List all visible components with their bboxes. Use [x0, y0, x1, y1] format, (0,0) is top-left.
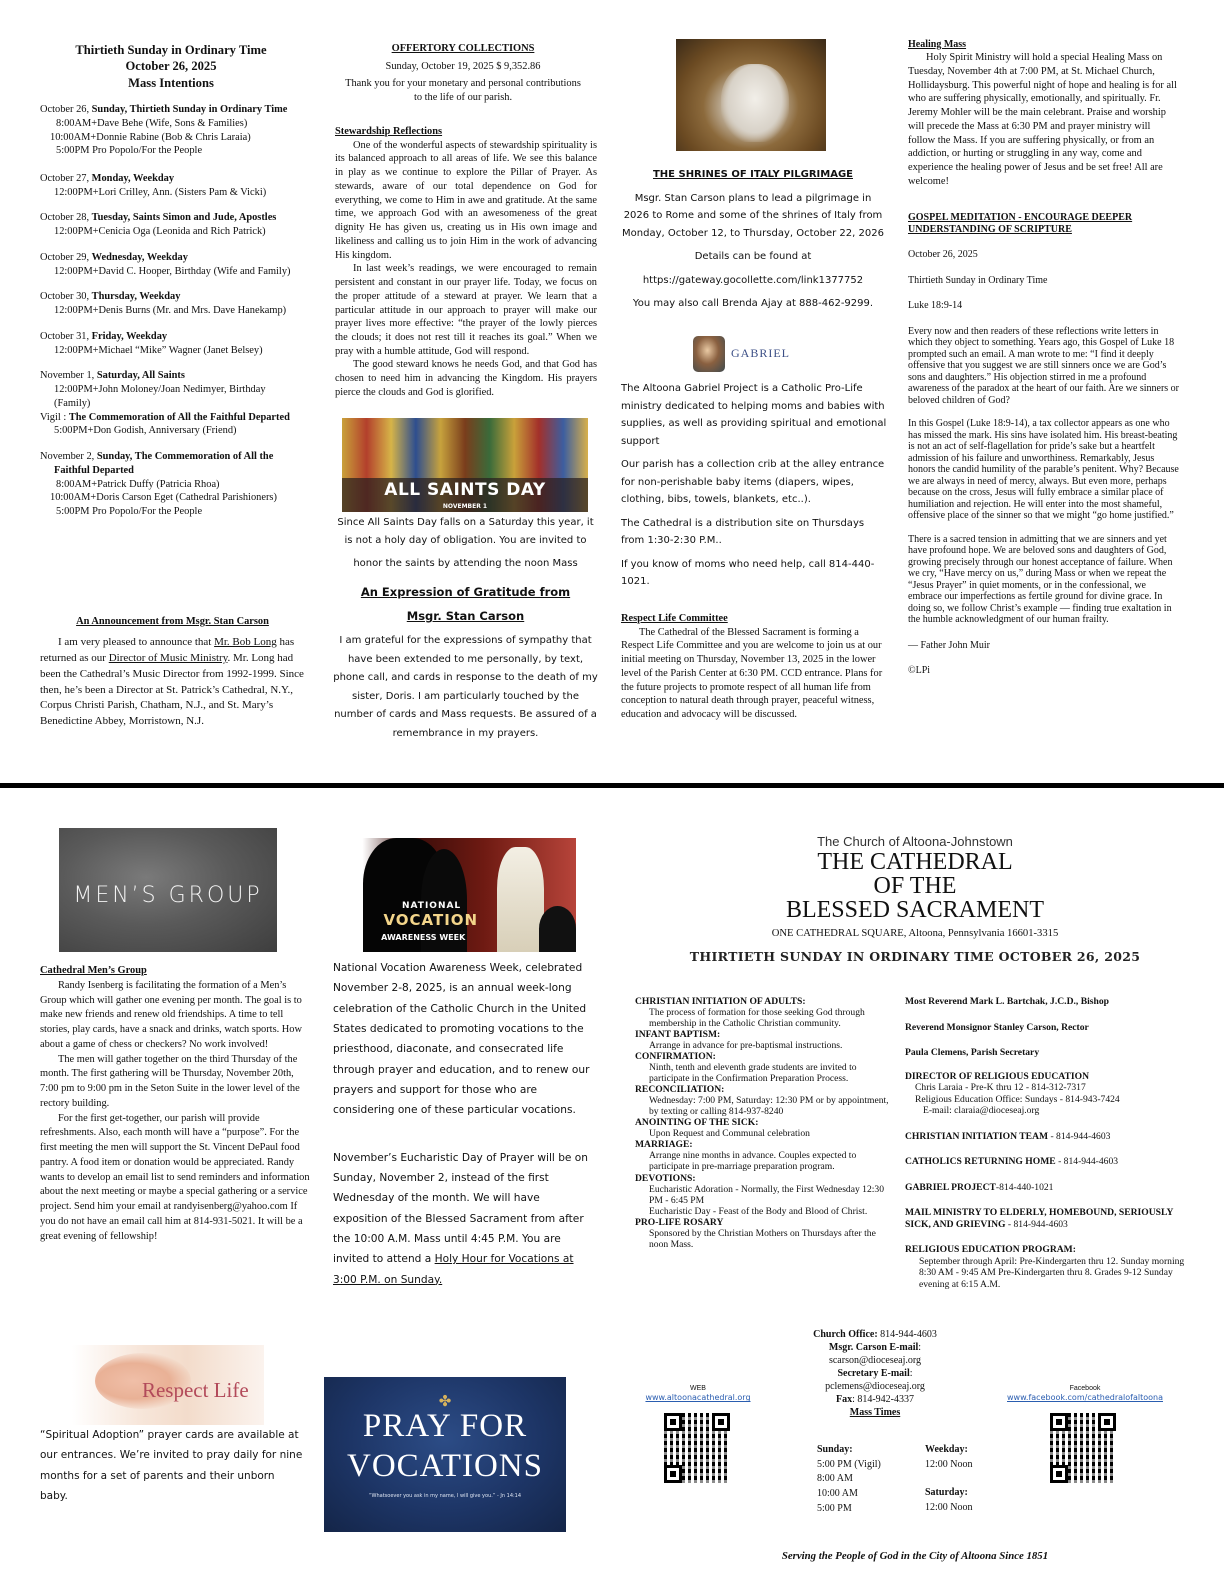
sacrament-item: INFANT BAPTISM:Arrange in advance for pr…	[635, 1029, 897, 1051]
intention-day: October 28, Tuesday, Saints Simon and Ju…	[40, 211, 302, 238]
rector: Reverend Monsignor Stanley Carson, Recto…	[905, 1022, 1195, 1034]
offertory: OFFERTORY COLLECTIONS Sunday, October 19…	[333, 42, 593, 105]
madonna-image	[693, 336, 725, 372]
web-qr-code[interactable]	[664, 1413, 730, 1483]
footer-tagline: Serving the People of God in the City of…	[620, 1549, 1210, 1563]
mens-group-title: Cathedral Men’s Group	[40, 964, 310, 979]
gratitude-title-name: Msgr. Stan Carson	[333, 604, 598, 628]
cathedral-title-3: BLESSED SACRAMENT	[620, 898, 1210, 922]
contact-item: CATHOLICS RETURNING HOME - 814-944-4603	[905, 1156, 1195, 1168]
pilgrimage-url[interactable]: https://gateway.gocollette.com/link13777…	[622, 272, 884, 290]
date-banner: THIRTIETH SUNDAY IN ORDINARY TIME OCTOBE…	[620, 949, 1210, 966]
respect-life-committee: Respect Life Committee The Cathedral of …	[621, 612, 889, 722]
sacrament-item: ANOINTING OF THE SICK:Upon Request and C…	[635, 1117, 897, 1139]
mass-intentions-title: Thirtieth Sunday in Ordinary Time Octobe…	[40, 42, 302, 91]
all-saints-day-image: ALL SAINTS DAY NOVEMBER 1	[342, 418, 588, 512]
page-divider	[0, 783, 1224, 788]
sacrament-item: DEVOTIONS:Eucharistic Adoration - Normal…	[635, 1173, 897, 1217]
staff-directory: Most Reverend Mark L. Bartchak, J.C.D., …	[905, 996, 1195, 1290]
sacraments-list: CHRISTIAN INITIATION OF ADULTS:The proce…	[635, 996, 897, 1250]
intention-day: October 30, Thursday, Weekday 12:00PM+De…	[40, 290, 302, 317]
intention-day: November 1, Saturday, All Saints 12:00PM…	[40, 369, 302, 438]
vocation-awareness: National Vocation Awareness Week, celebr…	[333, 958, 595, 1290]
secretary-email[interactable]: pclemens@dioceseaj.org	[790, 1380, 960, 1393]
spiritual-adoption: “Spiritual Adoption” prayer cards are av…	[40, 1425, 305, 1507]
church-office: Church Office: 814-944-4603 Msgr. Carson…	[790, 1328, 960, 1419]
offertory-amount: Sunday, October 19, 2025 $ 9,352.86	[333, 60, 593, 74]
healing-mass-title: Healing Mass	[908, 38, 1180, 51]
weekday-times: Weekday: 12:00 Noon Saturday: 12:00 Noon	[925, 1443, 1005, 1516]
respect-life-committee-title: Respect Life Committee	[621, 612, 889, 626]
gospel-title: GOSPEL MEDITATION - ENCOURAGE DEEPER UND…	[908, 212, 1180, 235]
intention-day: November 2, Sunday, The Commemoration of…	[40, 450, 302, 519]
bishop: Most Reverend Mark L. Bartchak, J.C.D., …	[905, 996, 1195, 1008]
director-role: Director of Music Ministry	[109, 652, 228, 664]
gabriel-project: The Altoona Gabriel Project is a Catholi…	[621, 380, 889, 591]
web-label: WEB	[640, 1384, 756, 1393]
announcement-title: An Announcement from Msgr. Stan Carson	[40, 615, 305, 629]
sacrament-item: CHRISTIAN INITIATION OF ADULTS:The proce…	[635, 996, 897, 1029]
mass-times-title: Mass Times	[790, 1406, 960, 1419]
web-link-block: WEB www.altoonacathedral.org	[640, 1384, 756, 1404]
pilgrimage: THE SHRINES OF ITALY PILGRIMAGE Msgr. St…	[622, 166, 884, 313]
stewardship: Stewardship Reflections One of the wonde…	[335, 125, 597, 400]
mens-group-image: MEN’S GROUP	[59, 828, 277, 952]
intention-day: October 31, Friday, Weekday 12:00PM+Mich…	[40, 330, 302, 357]
contact-item: CHRISTIAN INITIATION TEAM - 814-944-4603	[905, 1131, 1195, 1143]
respect-life-image: Respect Life	[72, 1345, 264, 1425]
diocese-name: The Church of Altoona-Johnstown	[620, 833, 1210, 850]
dre: DIRECTOR OF RELIGIOUS EDUCATION Chris La…	[905, 1071, 1195, 1117]
sacrament-item: MARRIAGE:Arrange nine months in advance.…	[635, 1139, 897, 1172]
offertory-title: OFFERTORY COLLECTIONS	[333, 42, 593, 56]
facebook-url-link[interactable]: www.facebook.com/cathedralofaltoona	[1000, 1393, 1170, 1404]
sacrament-item: RECONCILIATION:Wednesday: 7:00 PM, Satur…	[635, 1084, 897, 1117]
facebook-qr-code[interactable]	[1050, 1413, 1116, 1483]
cathedral-address: ONE CATHEDRAL SQUARE, Altoona, Pennsylva…	[620, 927, 1210, 941]
offertory-thanks: Thank you for your monetary and personal…	[333, 77, 593, 104]
intention-day: October 26, Sunday, Thirtieth Sunday in …	[40, 103, 302, 158]
sacrament-item: CONFIRMATION:Ninth, tenth and eleventh g…	[635, 1051, 897, 1084]
facebook-link-block: Facebook www.facebook.com/cathedralofalt…	[1000, 1384, 1170, 1404]
sacrament-item: PRO-LIFE ROSARYSponsored by the Christia…	[635, 1217, 897, 1250]
intention-day: October 29, Wednesday, Weekday 12:00PM+D…	[40, 251, 302, 278]
pilgrimage-title: THE SHRINES OF ITALY PILGRIMAGE	[622, 166, 884, 184]
web-url-link[interactable]: www.altoonacathedral.org	[640, 1393, 756, 1404]
facebook-label: Facebook	[1000, 1384, 1170, 1393]
cover-header: The Church of Altoona-Johnstown THE CATH…	[620, 833, 1210, 966]
cathedral-title-1: THE CATHEDRAL	[620, 850, 1210, 874]
gospel-meditation: GOSPEL MEDITATION - ENCOURAGE DEEPER UND…	[908, 212, 1180, 677]
gabriel-project-logo: GABRIEL	[693, 336, 790, 372]
gratitude-body: I am grateful for the expressions of sym…	[333, 632, 598, 743]
gratitude: An Expression of Gratitude from Msgr. St…	[333, 580, 598, 743]
cathedral-title-2: OF THE	[620, 874, 1210, 898]
gratitude-title: An Expression of Gratitude from	[333, 580, 598, 604]
bob-long-name: Mr. Bob Long	[214, 636, 277, 648]
religious-ed-program: RELIGIOUS EDUCATION PROGRAM: September t…	[905, 1244, 1195, 1290]
msgr-email[interactable]: scarson@dioceseaj.org	[790, 1354, 960, 1367]
contact-item: GABRIEL PROJECT-814-440-1021	[905, 1182, 1195, 1194]
pray-for-vocations-image: ✤ PRAY FOR VOCATIONS “Whatsoever you ask…	[324, 1377, 566, 1532]
stewardship-title: Stewardship Reflections	[335, 125, 597, 139]
mass-intentions: Thirtieth Sunday in Ordinary Time Octobe…	[40, 42, 302, 519]
contact-item: MAIL MINISTRY TO ELDERLY, HOMEBOUND, SER…	[905, 1207, 1195, 1230]
mens-group: Cathedral Men’s Group Randy Isenberg is …	[40, 964, 310, 1245]
announcement: An Announcement from Msgr. Stan Carson I…	[40, 615, 305, 730]
pieta-image	[676, 39, 826, 151]
vocation-awareness-week-image: NATIONAL VOCATION AWARENESS WEEK	[344, 838, 576, 952]
healing-mass: Healing Mass Holy Spirit Ministry will h…	[908, 38, 1180, 189]
all-saints-text: Since All Saints Day falls on a Saturday…	[333, 514, 598, 573]
intention-day: October 27, Monday, Weekday 12:00PM+Lori…	[40, 172, 302, 199]
secretary: Paula Clemens, Parish Secretary	[905, 1047, 1195, 1059]
sunday-times: Sunday: 5:00 PM (Vigil) 8:00 AM 10:00 AM…	[817, 1443, 917, 1516]
